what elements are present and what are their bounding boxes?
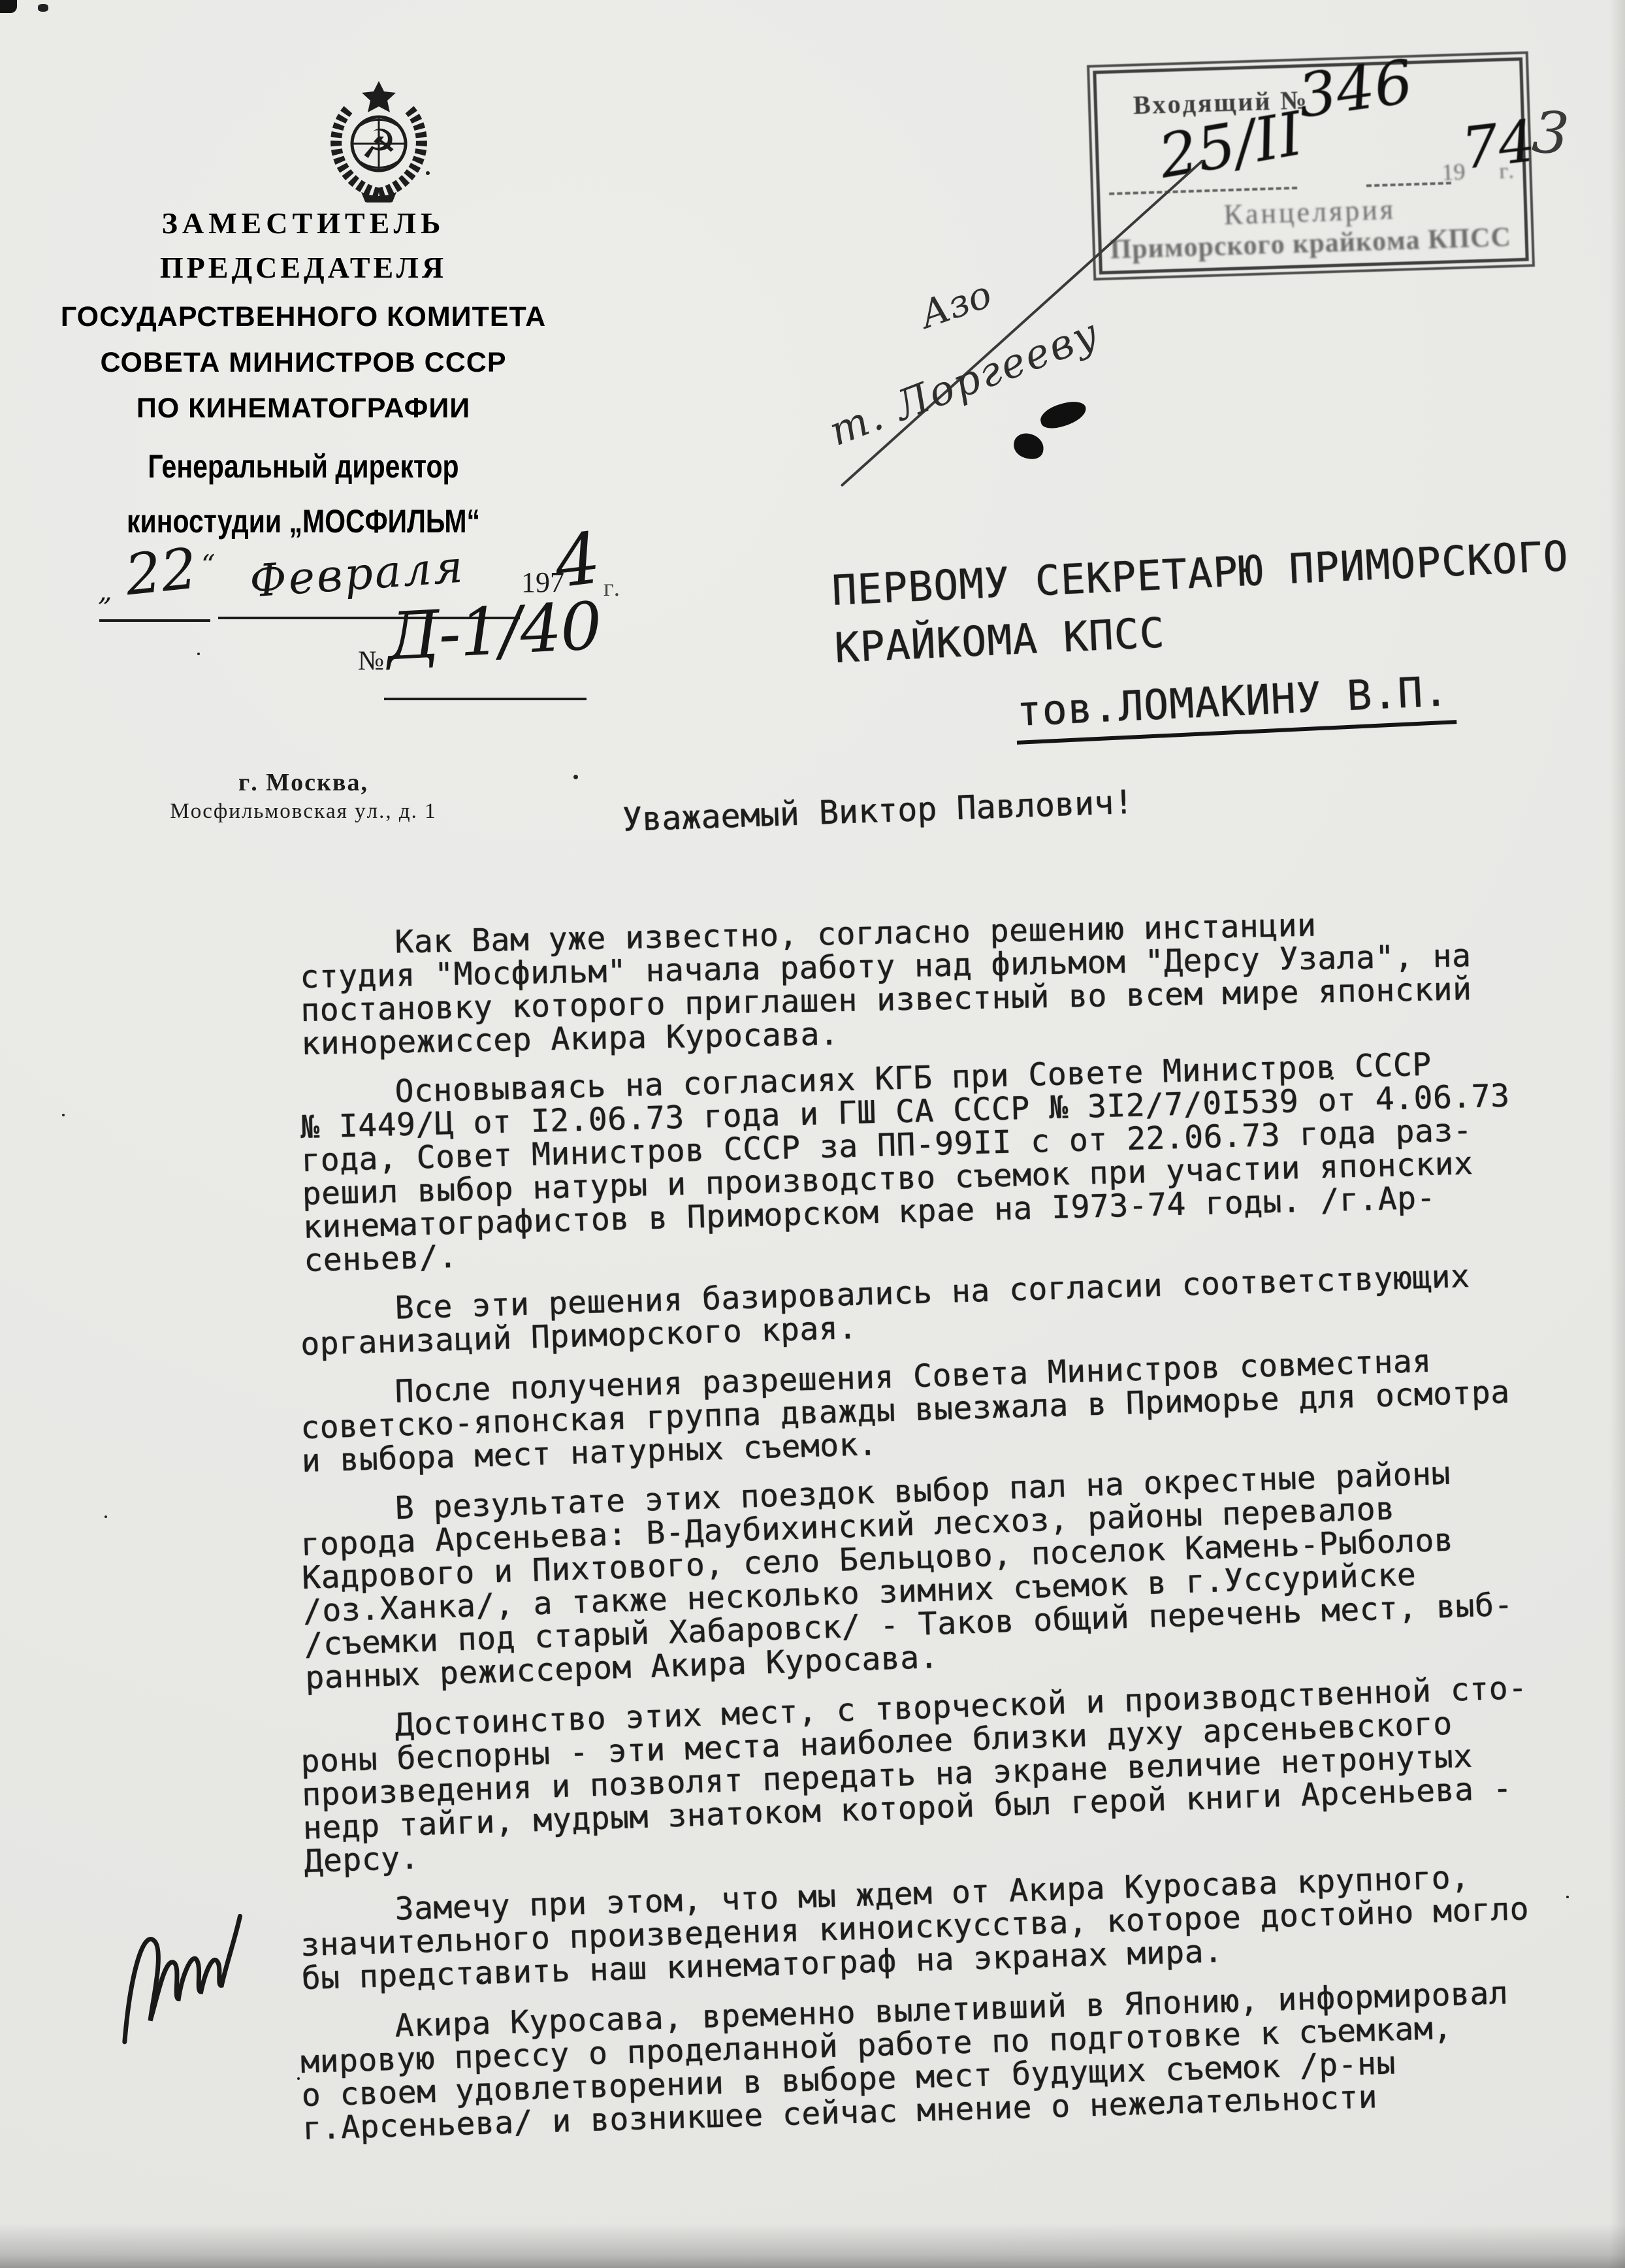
stamp-year-printed: 19 — [1441, 158, 1466, 186]
letterhead-title-line: ЗАМЕСТИТЕЛЬ — [60, 206, 547, 250]
date-suffix: г. — [603, 574, 620, 602]
stamp-year-suffix: г. — [1499, 159, 1515, 184]
scan-speck — [1566, 1896, 1569, 1898]
scan-speck — [426, 171, 430, 175]
letterhead-title-line: СОВЕТА МИНИСТРОВ СССР — [60, 347, 547, 393]
scan-speck — [1330, 1077, 1334, 1080]
letter-body: Как Вам уже известно, согласно решению и… — [299, 928, 1612, 2146]
letterhead-title-line: ПРЕДСЕДАТЕЛЯ — [60, 250, 547, 301]
letterhead-city: г. Москва, — [60, 768, 547, 797]
body-paragraph: Достоинство этих мест, с творческой и пр… — [299, 1668, 1617, 1879]
stamp-dotted-line — [1366, 182, 1451, 187]
incoming-stamp: Входящий № 346 25/II 19 74 г. Канцелярия… — [1093, 57, 1528, 275]
body-paragraph: В результате этих поездок выбор пал на о… — [299, 1451, 1618, 1694]
scan-speck — [62, 1114, 65, 1116]
date-day-handwritten: 22 — [122, 536, 200, 609]
letterhead-title-line: ГОСУДАРСТВЕННОГО КОМИТЕТА — [60, 301, 547, 347]
scan-speck — [273, 779, 276, 783]
scan-speck — [480, 1979, 483, 1982]
stamp-year-handwritten: 74 — [1458, 107, 1538, 183]
salutation: Уважаемый Виктор Павлович! — [622, 783, 1134, 839]
annotation-name-handwritten: т. Лоргееву — [822, 308, 1106, 455]
body-paragraph: Основываясь на согласиях КГБ при Совете … — [299, 1043, 1617, 1278]
date-close-quote: “ — [201, 549, 215, 581]
date-open-quote: „ — [98, 575, 112, 607]
recipient-name: тов.ЛОМАКИНУ В.П. — [1014, 667, 1456, 745]
document-page: ☭ ЗАМЕСТИТЕЛЬ ПРЕДСЕДАТЕЛЯ ГОСУДАРСТВЕНН… — [0, 0, 1625, 2268]
letterhead-street: Мосфильмовская ул., д. 1 — [60, 800, 547, 824]
handwritten-scribble — [85, 1882, 314, 2061]
scan-shadow-bottom — [0, 2224, 1625, 2268]
recipient-block: ПЕРВОМУ СЕКРЕТАРЮ ПРИМОРСКОГО КРАЙКОМА К… — [831, 532, 1576, 753]
page-number-handwritten: 3 — [1530, 98, 1571, 168]
annotation-note-handwritten: Азо — [914, 272, 997, 337]
scan-corner-mark — [0, 0, 17, 13]
scan-speck — [1009, 810, 1012, 813]
body-paragraph: Акира Куросава, временно вылетивший в Яп… — [299, 1973, 1615, 2146]
letterhead: ЗАМЕСТИТЕЛЬ ПРЕДСЕДАТЕЛЯ ГОСУДАРСТВЕННОГ… — [60, 206, 547, 557]
scan-speck — [573, 775, 578, 779]
body-paragraph: Замечу при этом, что мы ждем от Акира Ку… — [299, 1856, 1615, 1996]
reg-underline — [384, 698, 587, 700]
date-underline — [99, 619, 210, 622]
scan-speck — [405, 353, 408, 356]
soviet-emblem-icon: ☭ — [323, 78, 434, 202]
scan-speck — [105, 1515, 107, 1518]
letterhead-org-line: Генеральный директор — [104, 447, 503, 502]
letterhead-title-line: ПО КИНЕМАТОГРАФИИ — [60, 393, 547, 438]
stamp-dotted-line — [1109, 187, 1297, 195]
scan-speck — [197, 653, 200, 655]
body-paragraph: Как Вам уже известно, согласно решению и… — [299, 903, 1614, 1061]
reg-number-handwritten: Д-1/40 — [385, 588, 602, 675]
ink-blot — [1038, 398, 1089, 431]
scan-corner-mark — [38, 4, 48, 12]
reg-number-sign: № — [358, 645, 384, 677]
scan-speck — [297, 2077, 300, 2080]
stamp-number-handwritten: 346 — [1294, 46, 1417, 131]
ink-blot — [1012, 432, 1046, 461]
svg-text:☭: ☭ — [361, 120, 397, 168]
